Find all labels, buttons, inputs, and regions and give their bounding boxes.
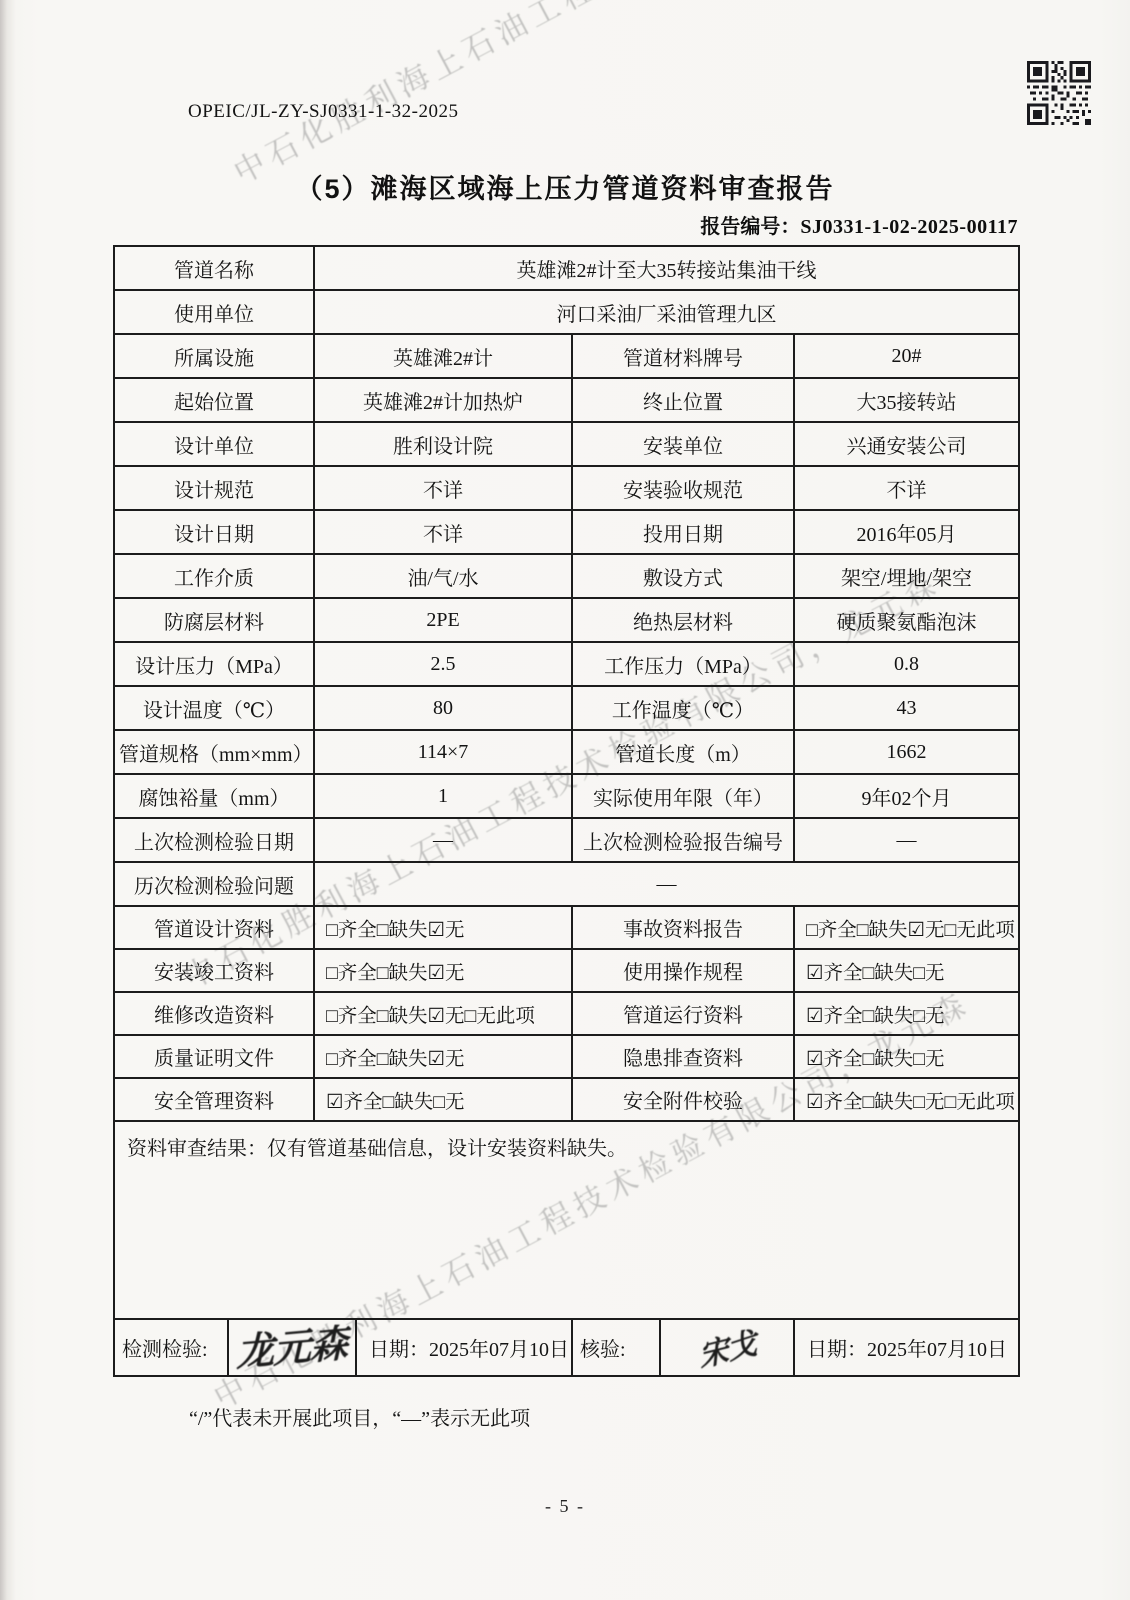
table-row: 工作介质 油/气/水 敷设方式 架空/埋地/架空 — [114, 554, 1019, 598]
row-value: — — [794, 818, 1019, 862]
row-value: 不详 — [314, 466, 572, 510]
row-value: 80 — [314, 686, 572, 730]
row-value: 1662 — [794, 730, 1019, 774]
row-value: 硬质聚氨酯泡沫 — [794, 598, 1019, 642]
row-value: 2PE — [314, 598, 572, 642]
row-label: 质量证明文件 — [114, 1035, 314, 1078]
checkbox-value: ☑齐全□缺失□无 — [794, 992, 1019, 1035]
table-row: 管道规格（mm×mm） 114×7 管道长度（m） 1662 — [114, 730, 1019, 774]
row-label: 绝热层材料 — [572, 598, 794, 642]
document-code: OPEIC/JL-ZY-SJ0331-1-32-2025 — [188, 101, 459, 123]
verifier-signature-name: 宋戈 — [696, 1318, 758, 1376]
row-value: 2016年05月 — [794, 510, 1019, 554]
row-label: 设计温度（℃） — [114, 686, 314, 730]
row-label: 实际使用年限（年） — [572, 774, 794, 818]
row-value: 河口采油厂采油管理九区 — [314, 290, 1019, 334]
row-label: 管道材料牌号 — [572, 334, 794, 378]
table-row: 起始位置 英雄滩2#计加热炉 终止位置 大35接转站 — [114, 378, 1019, 422]
checkbox-value: □齐全□缺失☑无 — [314, 949, 572, 992]
row-value: 43 — [794, 686, 1019, 730]
row-value: 英雄滩2#计加热炉 — [314, 378, 572, 422]
inspection-date: 日期：2025年07月10日 — [356, 1319, 572, 1376]
signature-row: 检测检验: 龙元森 日期：2025年07月10日 核验: 宋戈 日期：2025年… — [114, 1319, 1019, 1376]
row-value: 胜利设计院 — [314, 422, 572, 466]
qr-code-icon — [1027, 61, 1091, 125]
row-label: 设计单位 — [114, 422, 314, 466]
row-label: 上次检测检验报告编号 — [572, 818, 794, 862]
checkbox-value: □齐全□缺失☑无□无此项 — [314, 992, 572, 1035]
table-row: 设计规范 不详 安装验收规范 不详 — [114, 466, 1019, 510]
row-label: 使用操作规程 — [572, 949, 794, 992]
table-row: 设计温度（℃） 80 工作温度（℃） 43 — [114, 686, 1019, 730]
checkbox-value: □齐全□缺失☑无 — [314, 906, 572, 949]
verifier-label: 核验: — [572, 1319, 660, 1376]
row-label: 腐蚀裕量（mm） — [114, 774, 314, 818]
row-label: 使用单位 — [114, 290, 314, 334]
table-row: 使用单位 河口采油厂采油管理九区 — [114, 290, 1019, 334]
row-label: 管道设计资料 — [114, 906, 314, 949]
row-label: 隐患排查资料 — [572, 1035, 794, 1078]
row-value: — — [314, 818, 572, 862]
pipeline-info-table: 管道名称 英雄滩2#计至大35转接站集油干线 使用单位 河口采油厂采油管理九区 … — [113, 245, 1018, 1377]
report-number-value: SJ0331-1-02-2025-00117 — [800, 216, 1018, 238]
row-value: 0.8 — [794, 642, 1019, 686]
checkbox-value: □齐全□缺失☑无 — [314, 1035, 572, 1078]
row-value: 9年02个月 — [794, 774, 1019, 818]
table-row: 管道设计资料 □齐全□缺失☑无 事故资料报告 □齐全□缺失☑无□无此项 — [114, 906, 1019, 949]
signature-table: 检测检验: 龙元森 日期：2025年07月10日 核验: 宋戈 日期：2025年… — [113, 1318, 1020, 1377]
checkbox-value: ☑齐全□缺失□无 — [314, 1078, 572, 1121]
table-row: 上次检测检验日期 — 上次检测检验报告编号 — — [114, 818, 1019, 862]
row-value: 不详 — [314, 510, 572, 554]
row-value: 兴通安装公司 — [794, 422, 1019, 466]
row-label: 管道运行资料 — [572, 992, 794, 1035]
row-label: 工作压力（MPa） — [572, 642, 794, 686]
row-value: — — [314, 862, 1019, 906]
row-label: 管道名称 — [114, 246, 314, 290]
row-label: 安装单位 — [572, 422, 794, 466]
verification-date: 日期：2025年07月10日 — [794, 1319, 1019, 1376]
watermark: 中石化胜利海上石油工程技术检验有限公司，龙元森 — [224, 0, 997, 192]
table-row: 设计压力（MPa） 2.5 工作压力（MPa） 0.8 — [114, 642, 1019, 686]
row-value: 英雄滩2#计至大35转接站集油干线 — [314, 246, 1019, 290]
checkbox-value: ☑齐全□缺失□无 — [794, 1035, 1019, 1078]
row-value: 架空/埋地/架空 — [794, 554, 1019, 598]
row-label: 设计压力（MPa） — [114, 642, 314, 686]
report-number: 报告编号：SJ0331-1-02-2025-00117 — [113, 210, 1018, 239]
table-row: 所属设施 英雄滩2#计 管道材料牌号 20# — [114, 334, 1019, 378]
row-label: 安装验收规范 — [572, 466, 794, 510]
table-row: 防腐层材料 2PE 绝热层材料 硬质聚氨酯泡沫 — [114, 598, 1019, 642]
page-title: （5）滩海区域海上压力管道资料审查报告 — [0, 167, 1130, 206]
row-value: 1 — [314, 774, 572, 818]
row-label: 设计日期 — [114, 510, 314, 554]
row-value: 114×7 — [314, 730, 572, 774]
row-label: 安全附件校验 — [572, 1078, 794, 1121]
row-label: 安装竣工资料 — [114, 949, 314, 992]
table-row: 历次检测检验问题 — — [114, 862, 1019, 906]
row-label: 终止位置 — [572, 378, 794, 422]
table-row: 腐蚀裕量（mm） 1 实际使用年限（年） 9年02个月 — [114, 774, 1019, 818]
table-row: 维修改造资料 □齐全□缺失☑无□无此项 管道运行资料 ☑齐全□缺失□无 — [114, 992, 1019, 1035]
row-value: 油/气/水 — [314, 554, 572, 598]
row-label: 安全管理资料 — [114, 1078, 314, 1121]
table-row: 安装竣工资料 □齐全□缺失☑无 使用操作规程 ☑齐全□缺失□无 — [114, 949, 1019, 992]
table-row: 设计单位 胜利设计院 安装单位 兴通安装公司 — [114, 422, 1019, 466]
row-label: 事故资料报告 — [572, 906, 794, 949]
row-label: 工作介质 — [114, 554, 314, 598]
document-page: 中石化胜利海上石油工程技术检验有限公司，龙元森 中石化胜利海上石油工程技术检验有… — [0, 0, 1130, 1600]
row-label: 管道规格（mm×mm） — [114, 730, 314, 774]
row-label: 敷设方式 — [572, 554, 794, 598]
row-value: 不详 — [794, 466, 1019, 510]
inspector-signature-name: 龙元森 — [236, 1312, 348, 1377]
row-label: 投用日期 — [572, 510, 794, 554]
row-label: 历次检测检验问题 — [114, 862, 314, 906]
table-row: 设计日期 不详 投用日期 2016年05月 — [114, 510, 1019, 554]
inspector-signature: 龙元森 — [228, 1319, 356, 1376]
row-label: 起始位置 — [114, 378, 314, 422]
table-row: 管道名称 英雄滩2#计至大35转接站集油干线 — [114, 246, 1019, 290]
report-number-label: 报告编号： — [700, 216, 800, 238]
row-label: 防腐层材料 — [114, 598, 314, 642]
review-result: 资料审查结果：仅有管道基础信息，设计安装资料缺失。 — [114, 1121, 1019, 1319]
verifier-signature: 宋戈 — [660, 1319, 794, 1376]
row-label: 工作温度（℃） — [572, 686, 794, 730]
checkbox-value: ☑齐全□缺失□无 — [794, 949, 1019, 992]
row-label: 所属设施 — [114, 334, 314, 378]
checkbox-value: ☑齐全□缺失□无□无此项 — [794, 1078, 1019, 1121]
inspector-label: 检测检验: — [114, 1319, 228, 1376]
page-number: - 5 - — [0, 1496, 1130, 1517]
row-label: 管道长度（m） — [572, 730, 794, 774]
row-value: 大35接转站 — [794, 378, 1019, 422]
row-value: 英雄滩2#计 — [314, 334, 572, 378]
row-label: 设计规范 — [114, 466, 314, 510]
table-row: 资料审查结果：仅有管道基础信息，设计安装资料缺失。 — [114, 1121, 1019, 1319]
row-value: 20# — [794, 334, 1019, 378]
row-value: 2.5 — [314, 642, 572, 686]
table-row: 安全管理资料 ☑齐全□缺失□无 安全附件校验 ☑齐全□缺失□无□无此项 — [114, 1078, 1019, 1121]
table-row: 质量证明文件 □齐全□缺失☑无 隐患排查资料 ☑齐全□缺失□无 — [114, 1035, 1019, 1078]
checkbox-value: □齐全□缺失☑无□无此项 — [794, 906, 1019, 949]
row-label: 上次检测检验日期 — [114, 818, 314, 862]
footnote: “/”代表未开展此项目，“—”表示无此项 — [189, 1402, 530, 1431]
row-label: 维修改造资料 — [114, 992, 314, 1035]
